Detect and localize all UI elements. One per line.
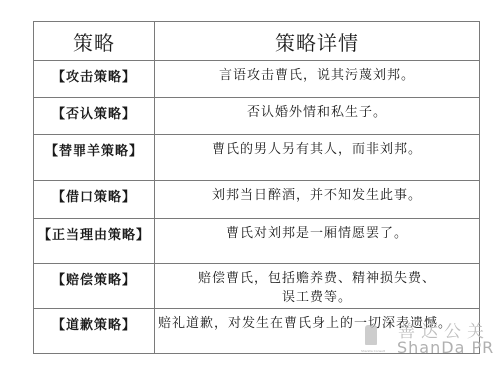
table-row: 【赔偿策略】 赔偿曹氏，包括赡养费、精神损失费、 误工费等。 — [34, 264, 480, 309]
table-row: 【正当理由策略】 曹氏对刘邦是一厢情愿罢了。 — [34, 219, 480, 264]
strategy-name: 【攻击策略】 — [34, 61, 155, 98]
strategy-detail-line-1: 赔偿曹氏，包括赡养费、精神损失费、 — [155, 269, 479, 288]
strategy-detail: 言语攻击曹氏，说其污蔑刘邦。 — [155, 61, 480, 98]
strategy-name: 【借口策略】 — [34, 181, 155, 219]
strategy-name: 【赔偿策略】 — [34, 264, 155, 309]
strategy-table: 策略 策略详情 【攻击策略】 言语攻击曹氏，说其污蔑刘邦。 【否认策略】 否认婚… — [33, 21, 480, 354]
strategy-detail: 赔礼道歉，对发生在曹氏身上的一切深表遗憾。 — [155, 309, 480, 354]
strategy-detail: 曹氏对刘邦是一厢情愿罢了。 — [155, 219, 480, 264]
strategy-detail: 刘邦当日醉酒，并不知发生此事。 — [155, 181, 480, 219]
strategy-detail-line-2: 误工费等。 — [155, 288, 479, 307]
strategy-detail: 否认婚外情和私生子。 — [155, 98, 480, 135]
table-row: 【借口策略】 刘邦当日醉酒，并不知发生此事。 — [34, 181, 480, 219]
table-row: 【道歉策略】 赔礼道歉，对发生在曹氏身上的一切深表遗憾。 — [34, 309, 480, 354]
strategy-name: 【正当理由策略】 — [34, 219, 155, 264]
header-strategy: 策略 — [34, 22, 155, 61]
strategy-name: 【道歉策略】 — [34, 309, 155, 354]
table-row: 【否认策略】 否认婚外情和私生子。 — [34, 98, 480, 135]
strategy-name: 【否认策略】 — [34, 98, 155, 135]
table-row: 【攻击策略】 言语攻击曹氏，说其污蔑刘邦。 — [34, 61, 480, 98]
table-header-row: 策略 策略详情 — [34, 22, 480, 61]
strategy-name: 【替罪羊策略】 — [34, 135, 155, 181]
strategy-detail: 赔偿曹氏，包括赡养费、精神损失费、 误工费等。 — [155, 264, 480, 309]
header-strategy-details: 策略详情 — [155, 22, 480, 61]
table-row: 【替罪羊策略】 曹氏的男人另有其人，而非刘邦。 — [34, 135, 480, 181]
strategy-detail: 曹氏的男人另有其人，而非刘邦。 — [155, 135, 480, 181]
